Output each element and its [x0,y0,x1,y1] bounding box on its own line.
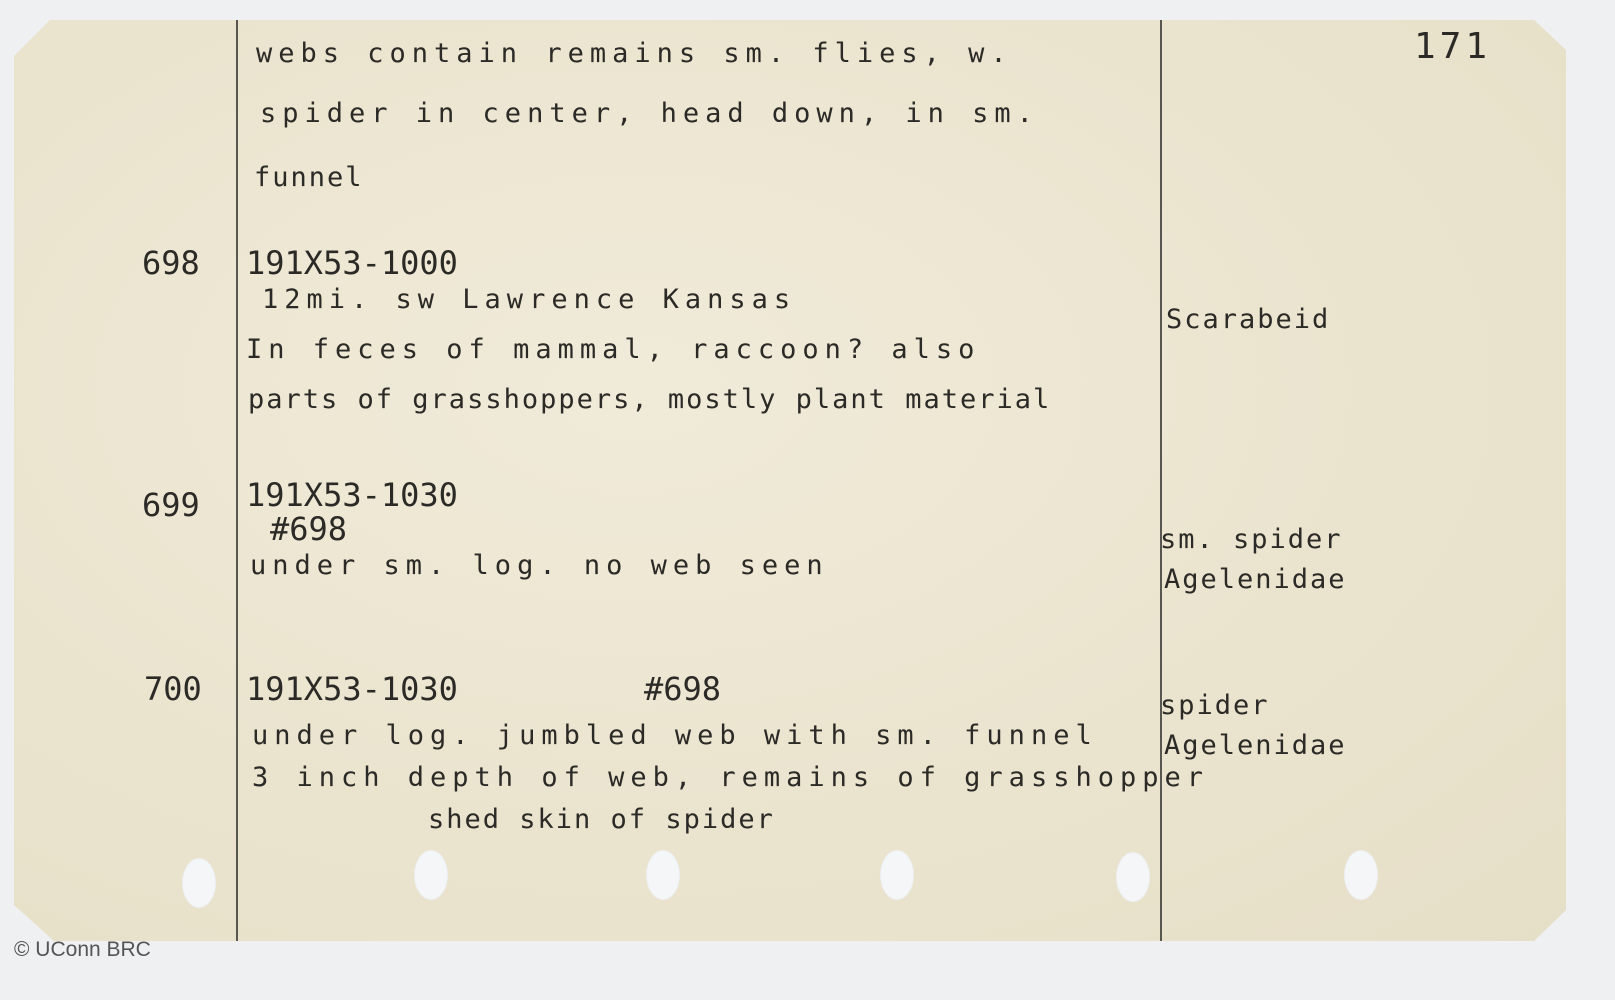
entry-note: In feces of mammal, raccoon? also [246,334,980,365]
entry-number: 698 [142,244,200,282]
copyright-watermark: © UConn BRC [14,938,151,962]
entry-note: under log. jumbled web with sm. funnel [252,720,1098,751]
punch-hole [880,850,914,900]
entry-field-number: 191X53-1030 [246,476,458,514]
page-number: 171 [1414,26,1491,67]
index-card: 171 webs contain remains sm. flies, w. s… [14,20,1566,941]
entry-note: parts of grasshoppers, mostly plant mate… [248,384,1051,415]
entry-identification: spider [1160,690,1270,721]
continuation-line: funnel [254,162,364,193]
entry-identification: sm. spider [1160,524,1343,555]
punch-hole [646,850,680,900]
continuation-line: spider in center, head down, in sm. [260,98,1039,129]
entry-identification: Scarabeid [1166,304,1330,335]
continuation-line: webs contain remains sm. flies, w. [256,38,1013,69]
entry-field-number: 191X53-1030 [246,670,458,708]
entry-locality: 12mi. sw Lawrence Kansas [262,284,796,315]
entry-note: under sm. log. no web seen [250,550,829,581]
left-column-rule [236,20,238,941]
entry-number: 699 [142,486,200,524]
entry-reference: #698 [270,510,347,548]
entry-note: 3 inch depth of web, remains of grasshop… [252,762,1209,793]
entry-number: 700 [144,670,202,708]
punch-hole [1344,850,1378,900]
entry-identification: Agelenidae [1164,730,1347,761]
punch-hole [182,858,216,908]
entry-identification: Agelenidae [1164,564,1347,595]
entry-reference: #698 [644,670,721,708]
punch-hole [414,850,448,900]
entry-note: shed skin of spider [428,804,775,835]
right-column-rule [1160,20,1162,941]
punch-hole [1116,852,1150,902]
entry-field-number: 191X53-1000 [246,244,458,282]
